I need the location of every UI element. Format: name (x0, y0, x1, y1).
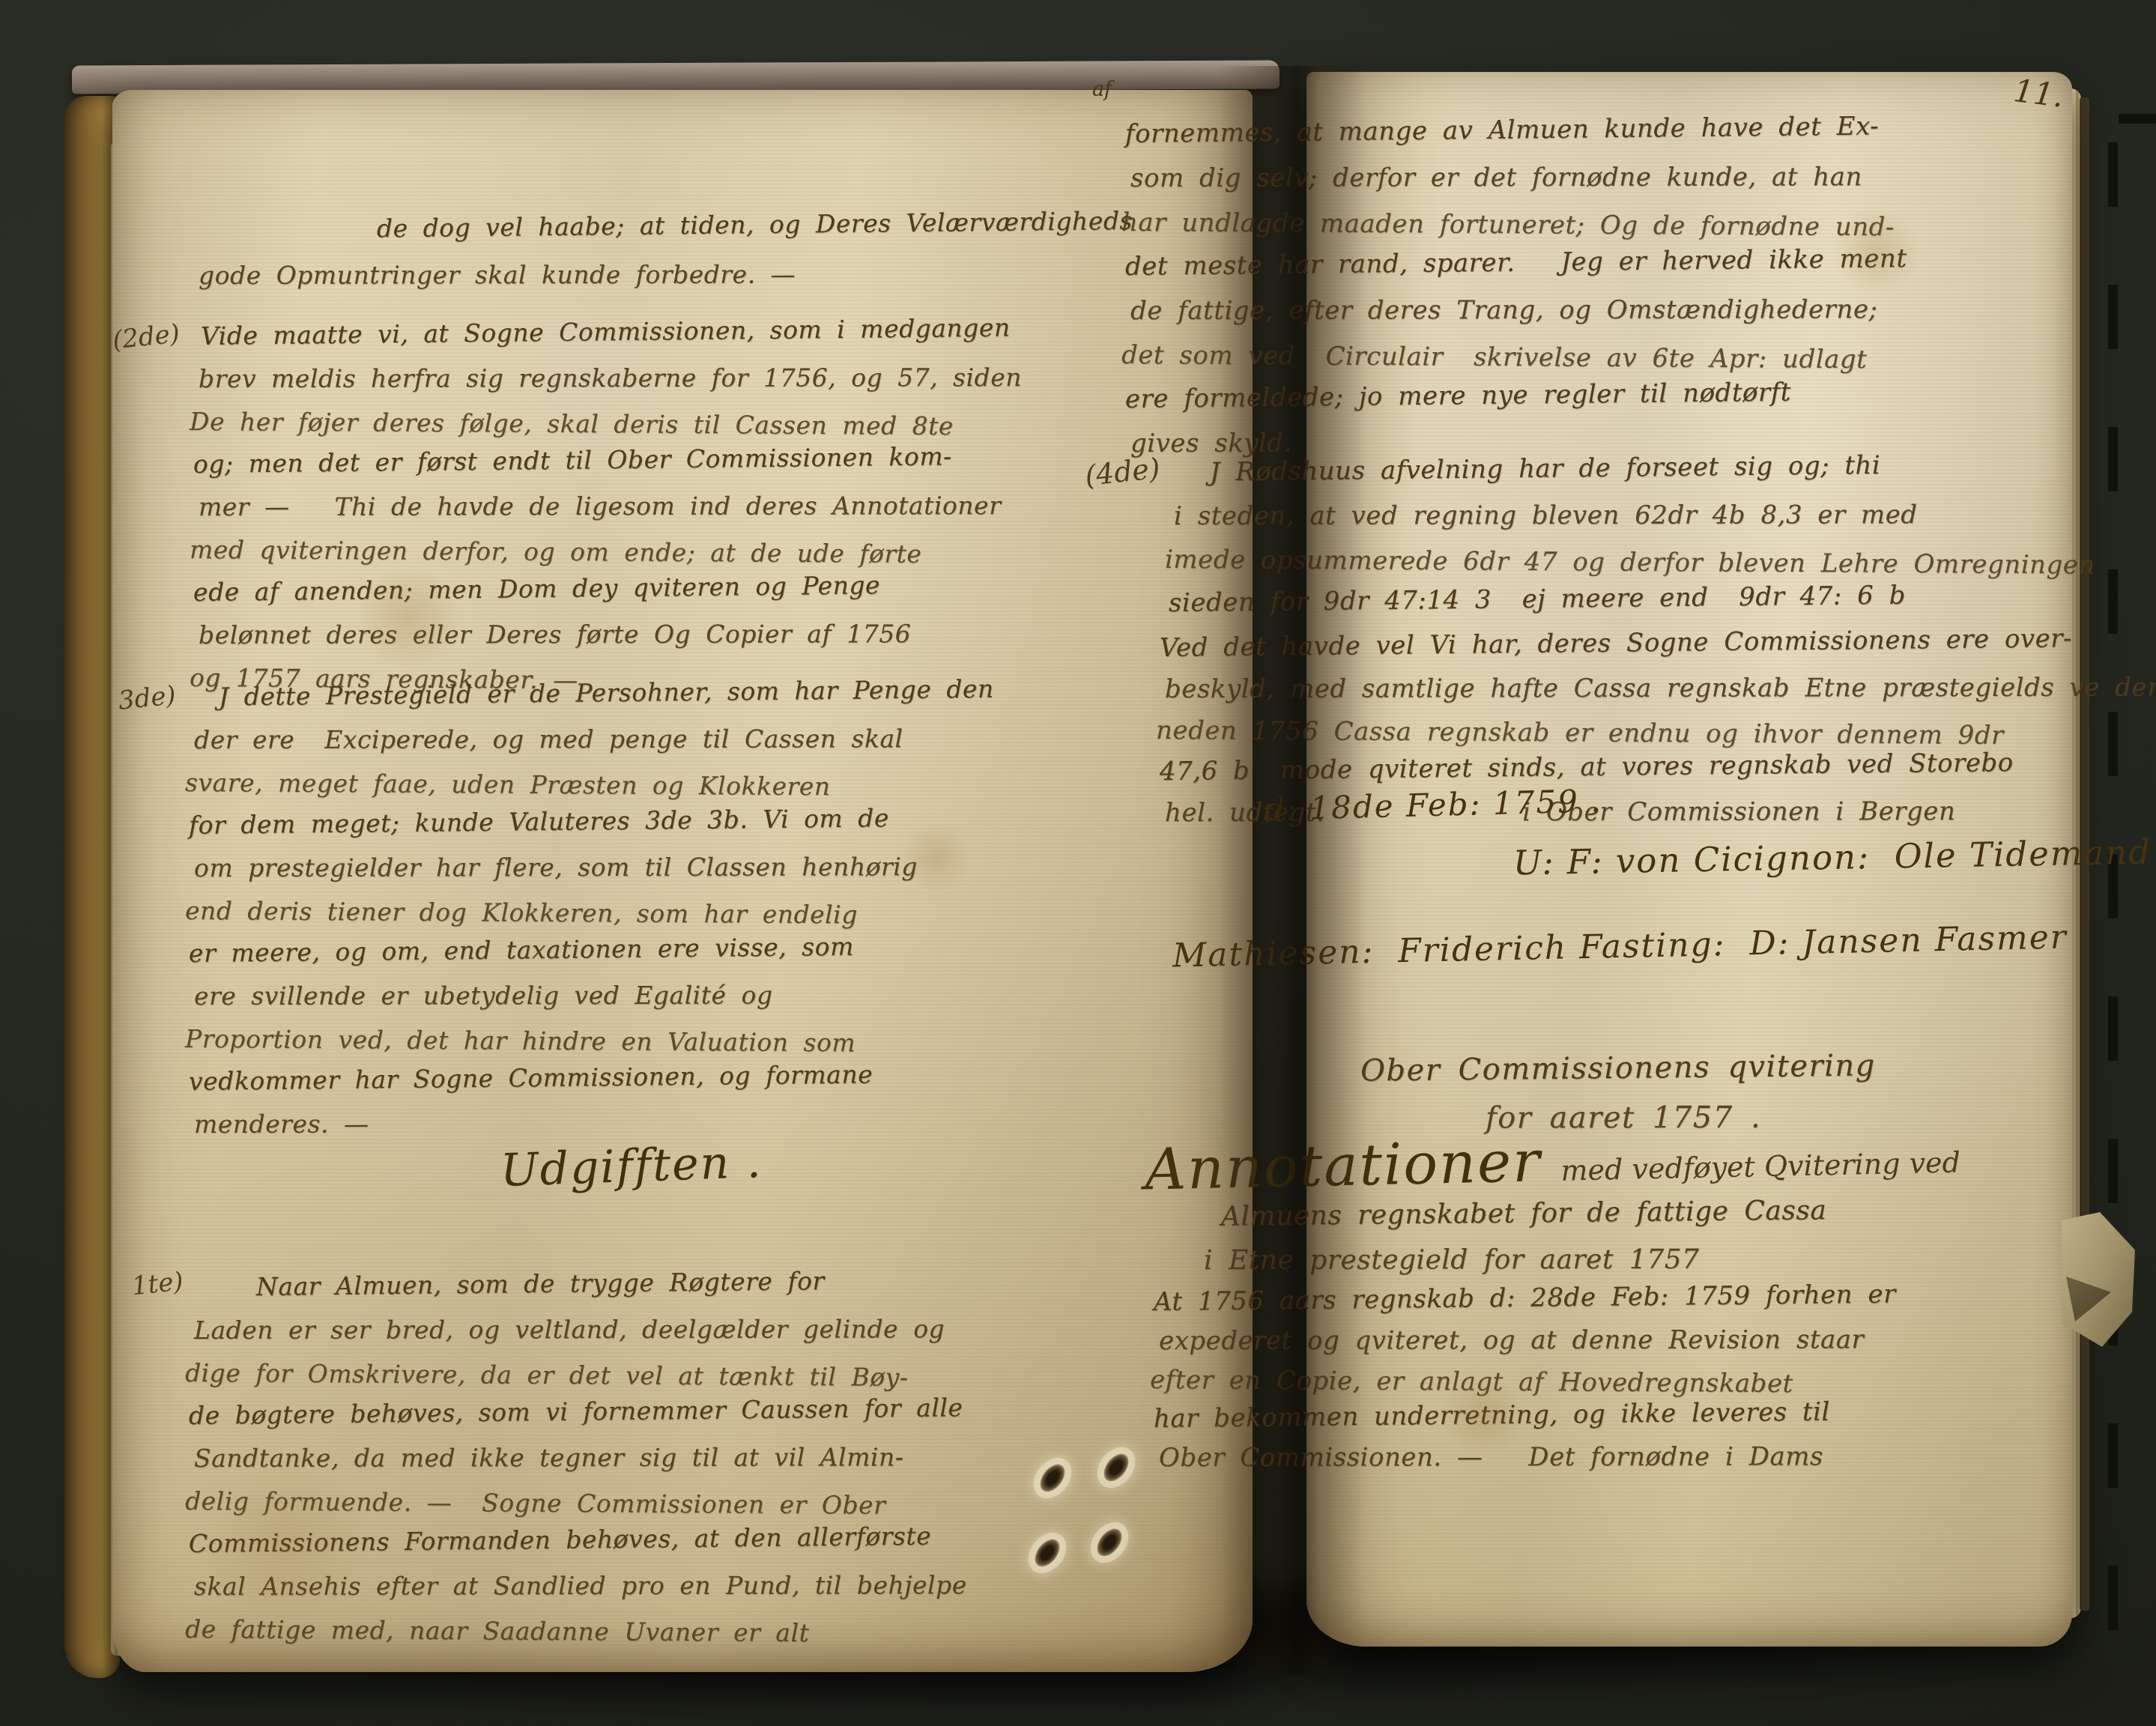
handwritten-line: for dem meget; kunde Valuteres 3de 3b. V… (189, 795, 1081, 847)
paragraph-left-1: de dog vel haabe; at tiden, og Deres Vel… (193, 208, 1085, 298)
handwritten-line: i steden, at ved regning bleven 62dr 4b … (1174, 493, 2080, 538)
handwritten-line: J Rødshuus afvelning har de forseet sig … (1169, 441, 2076, 494)
handwritten-line: er meere, og om, end taxationen ere viss… (189, 923, 1081, 975)
handwritten-line: om prestegielder har flere, som til Clas… (194, 845, 1085, 889)
handwritten-line: Laden er ser bred, og veltland, deelgæld… (194, 1307, 1085, 1351)
handwritten-line: de fattige, efter deres Trang, og Omstæn… (1130, 288, 2082, 333)
handwritten-line: J dette Prestegield er de Persohner, som… (189, 667, 1081, 718)
handwritten-line: skal Ansehis efter at Sandlied pro en Pu… (194, 1563, 1085, 1608)
catchword: af (1092, 78, 1112, 101)
margin-number-1te: 1te) (130, 1267, 184, 1302)
paragraph-right-D: At 1756 aars regnskab d: 28de Feb: 1759 … (1154, 1283, 2038, 1477)
handwritten-line: som dig selv; derfor er det fornødne kun… (1130, 155, 2082, 201)
heading-udgifften: Udgifften . (500, 1136, 763, 1197)
paragraph-left-4: Naar Almuen, som de trygge Røgtere forLa… (189, 1266, 1080, 1650)
index-tab (2062, 1212, 2135, 1347)
handwritten-line: Commissionens Formanden behøves, at den … (189, 1513, 1081, 1565)
handwritten-line: ede af anenden; men Dom dey qviteren og … (193, 562, 1085, 614)
handwritten-line: expederet og qviteret, og at denne Revis… (1159, 1320, 2043, 1360)
handwritten-line: ere svillende er ubetydelig ved Egalité … (194, 973, 1085, 1017)
handwritten-line: brev meldis herfra sig regnskaberne for … (199, 356, 1090, 400)
handwritten-line: Sandtanke, da med ikke tegner sig til at… (194, 1435, 1085, 1480)
handwritten-line: At 1756 aars regnskab d: 28de Feb: 1759 … (1154, 1274, 2038, 1321)
paragraph-right-B: J Rødshuus afvelning har de forseet sig … (1169, 451, 2075, 625)
handwritten-line: der ere Exciperede, og med penge til Cas… (194, 717, 1085, 761)
paragraph-left-3: J dette Prestegield er de Persohner, som… (189, 676, 1080, 1145)
handwritten-line: de dog vel haabe; at tiden, og Deres Vel… (193, 199, 1085, 253)
handwritten-line: Ober Commissionens qvitering (1259, 1041, 1978, 1095)
handwritten-line: fornemmes, at mange av Almuen kunde have… (1125, 103, 2077, 157)
handwritten-line: de bøgtere behøves, som vi fornemmer Cau… (189, 1385, 1081, 1437)
handwritten-line: Almuens regnskabet for de fattige Cassa (1199, 1187, 2061, 1239)
handwritten-line: mer — Thi de havde de ligesom ind deres … (199, 484, 1090, 528)
handwritten-line: og; men det er først endt til Ober Commi… (193, 434, 1085, 485)
handwritten-line: beskyld, med samtlige hafte Cassa regnsk… (1165, 667, 2079, 710)
annotation-subheading: Almuens regnskabet for de fattige Cassai… (1199, 1196, 2060, 1283)
handwritten-line: 47,6 b mode qviteret sinds, at vores reg… (1160, 742, 2074, 793)
paragraph-left-2: Vide maatte vi, at Sogne Commissionen, s… (193, 315, 1085, 699)
margin-number-3de: 3de) (117, 680, 178, 716)
paragraph-right-A: fornemmes, at mange av Almuen kunde have… (1125, 112, 2077, 466)
handwritten-line: de fattige med, naar Saadanne Uvaner er … (185, 1608, 1077, 1656)
handwritten-line: vedkommer har Sogne Commissionen, og for… (189, 1051, 1081, 1103)
handwritten-line: Naar Almuen, som de trygge Røgtere for (189, 1257, 1081, 1309)
handwritten-line: belønnet deres eller Deres førte Og Copi… (199, 612, 1090, 656)
handwritten-line: gode Opmuntringer skal kunde forbedre. — (199, 252, 1090, 298)
annotation-heading-rest: med vedføyet Qvitering ved (1560, 1146, 1960, 1187)
annotation-heading-word: Annotationer (1144, 1127, 1542, 1202)
handwritten-line: ere formeldede; jo mere nye regler til n… (1125, 368, 2077, 422)
handwritten-line: menderes. — (194, 1101, 1085, 1145)
archival-photo-of-manuscript-book: de dog vel haabe; at tiden, og Deres Vel… (0, 0, 2156, 1726)
handwritten-line: har bekommen underretning, og ikke lever… (1154, 1390, 2038, 1438)
handwritten-line: Ober Commissionen. — Det fornødne i Dams (1159, 1437, 2043, 1477)
handwritten-line: det meste har rand, sparer. Jeg er herve… (1125, 235, 2077, 289)
handwritten-line: sieden for 9dr 47:14 3 ej meere end 9dr … (1169, 572, 2076, 625)
handwritten-line: Vide maatte vi, at Sogne Commissionen, s… (193, 306, 1085, 357)
handwritten-line: Ved det havde vel Vi har, deres Sogne Co… (1160, 618, 2074, 669)
cradle-slot-marks-right (2108, 142, 2118, 1686)
